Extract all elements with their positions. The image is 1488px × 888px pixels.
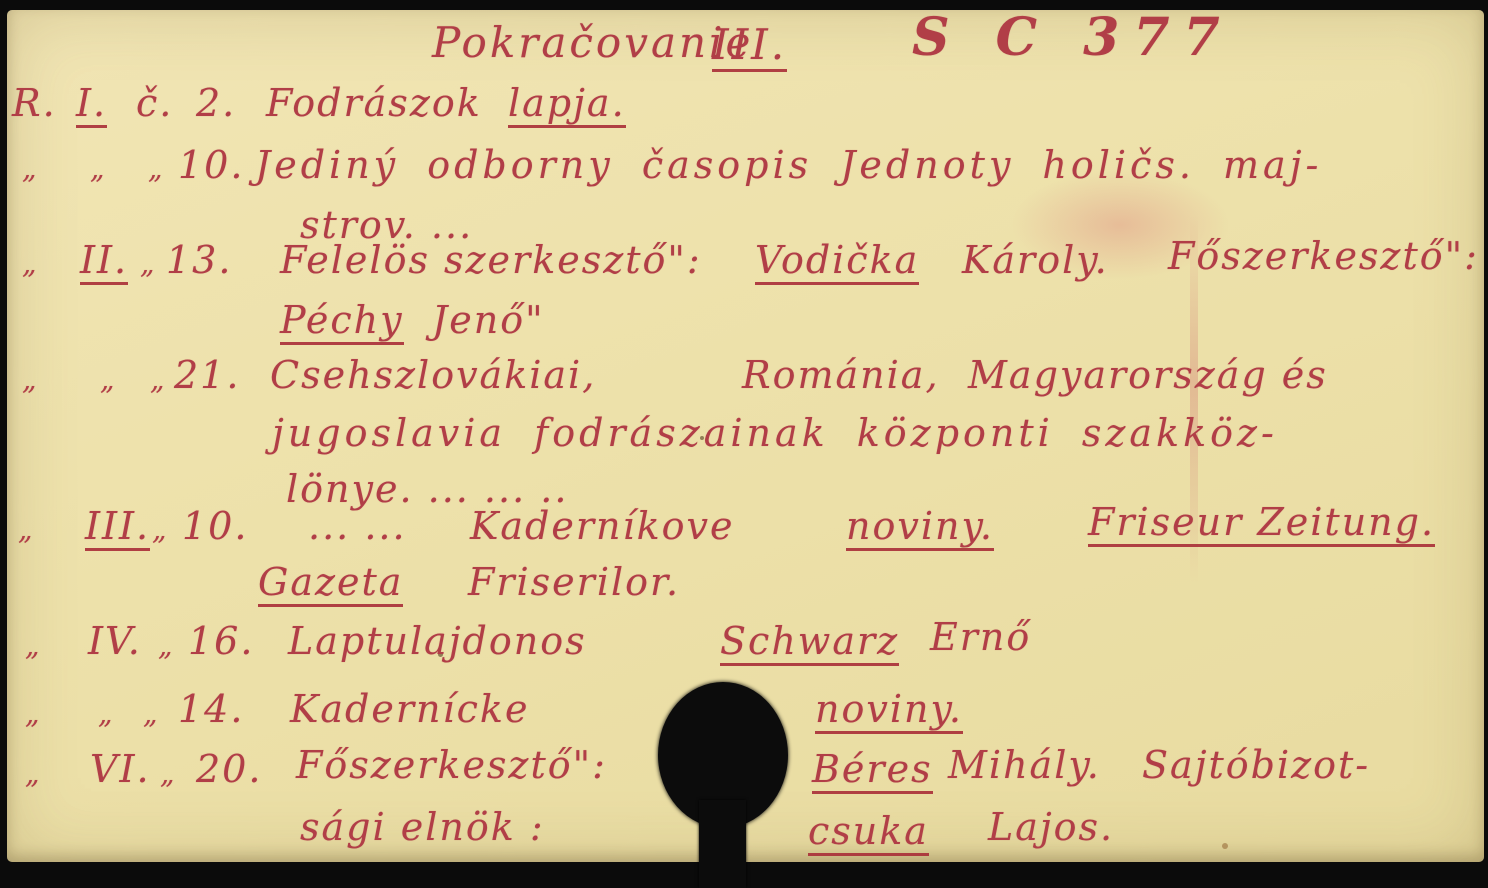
row6-col4: 16. xyxy=(188,622,254,660)
row3-col2: II. xyxy=(80,241,128,285)
punch-hole-stem xyxy=(699,800,746,888)
row1-col2: I. xyxy=(76,84,107,128)
row2-col1: „ xyxy=(22,155,38,183)
row8-text: Sajtóbizot- xyxy=(1142,746,1370,784)
row3-text: Felelös szerkesztő": xyxy=(280,241,702,279)
row6-col2: IV. xyxy=(88,622,142,660)
row1-col1: R. xyxy=(12,84,57,122)
row1-text-underlined: lapja. xyxy=(508,84,626,128)
row1-col4: 2. xyxy=(196,84,236,122)
row3-name4: Jenő" xyxy=(432,301,545,339)
row5-col4: 10. xyxy=(182,507,248,545)
row5-text2-underlined: Friseur Zeitung. xyxy=(1088,503,1435,547)
row8-name2: Mihály. xyxy=(948,746,1101,784)
paper-speck xyxy=(1222,843,1228,849)
row6-col3: „ xyxy=(158,632,174,660)
row8-col3: „ xyxy=(160,760,176,788)
row6-text: Laptulajdonos xyxy=(288,622,587,660)
row5-col2: III. xyxy=(85,507,150,551)
row7-text: Kadernícke xyxy=(290,690,529,728)
row8-name4: Lajos. xyxy=(988,808,1114,846)
row4-col2: „ xyxy=(100,366,116,394)
row1-col3: č. xyxy=(136,84,173,122)
row3-name-underlined: Vodička xyxy=(755,241,919,285)
row5-col1: „ xyxy=(18,516,34,544)
row4-text-cont: jugoslavia fodrászainak központi szakköz… xyxy=(272,414,1278,452)
row7-col2: „ xyxy=(98,700,114,728)
row5-text: Kaderníkove xyxy=(470,507,735,545)
row4-text-cont2: lönye. ... ... .. xyxy=(286,470,568,508)
row4-text2: Románia, xyxy=(742,356,940,394)
row7-col4: 14. xyxy=(178,690,244,728)
row4-text: Csehszlovákiai, xyxy=(270,356,596,394)
row3-col4: 13. xyxy=(166,241,232,279)
row4-col3: „ xyxy=(150,366,166,394)
row3-col1: „ xyxy=(22,250,38,278)
row5-text4: Friserilor. xyxy=(468,563,680,601)
row5-dots: ... ... xyxy=(308,507,407,545)
row2-col2: „ xyxy=(90,155,106,183)
row7-text-underlined: noviny. xyxy=(815,690,963,734)
row8-name3-underlined: csuka xyxy=(808,812,929,856)
row8-text-cont: sági elnök : xyxy=(300,808,545,846)
row5-text-underlined: noviny. xyxy=(846,507,994,551)
row6-name2: Ernő xyxy=(930,618,1031,656)
row3-name3-underlined: Péchy xyxy=(280,301,404,345)
index-card-scan: Pokračovanie III. S C 377 R. I. č. 2. Fo… xyxy=(0,0,1488,888)
row2-text: Jediný odborny časopis Jednoty holičs. m… xyxy=(255,146,1322,184)
row8-role: Főszerkesztő": xyxy=(296,746,607,784)
row5-text3-underlined: Gazeta xyxy=(258,563,403,607)
row2-col3: „ xyxy=(148,155,164,183)
row3-role: Főszerkesztő": xyxy=(1168,237,1479,275)
row3-col3: „ xyxy=(140,250,156,278)
row5-col3: „ xyxy=(152,516,168,544)
row4-col4: 21. xyxy=(174,356,240,394)
row2-col4: 10. xyxy=(178,146,244,184)
row4-col1: „ xyxy=(22,366,38,394)
header-continuation-numeral: III. xyxy=(712,24,787,72)
row8-col2: VI. xyxy=(90,750,151,788)
row7-col3: „ xyxy=(143,700,159,728)
row7-col1: „ xyxy=(25,700,41,728)
row8-col1: „ xyxy=(25,760,41,788)
row6-name-underlined: Schwarz xyxy=(720,622,899,666)
row1-text: Fodrászok xyxy=(266,84,482,122)
row8-name-underlined: Béres xyxy=(812,750,933,794)
row3-name2: Károly. xyxy=(962,241,1109,279)
header-continuation: Pokračovanie xyxy=(432,22,753,64)
row4-text3: Magyarország és xyxy=(968,356,1328,394)
header-shelfmark: S C 377 xyxy=(912,12,1234,64)
row8-col4: 20. xyxy=(196,750,262,788)
row6-col1: „ xyxy=(25,632,41,660)
